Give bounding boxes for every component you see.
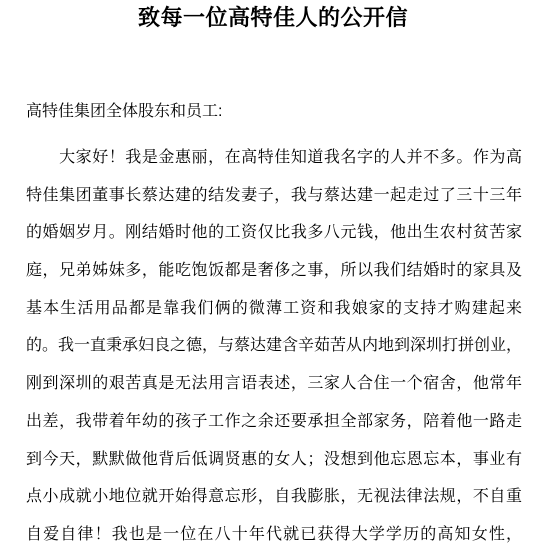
body-line: 基本生活用品都是靠我们俩的微薄工资和我娘家的支持才购建起来 xyxy=(26,290,522,328)
letter-salutation: 高特佳集团全体股东和员工: xyxy=(26,101,522,123)
body-line: 庭，兄弟姊妹多，能吃饱饭都是奢侈之事，所以我们结婚时的家具及 xyxy=(26,252,522,290)
body-line: 大家好！我是金惠丽，在高特佳知道我名字的人并不多。作为高 xyxy=(26,139,522,177)
letter-body-paragraph: 大家好！我是金惠丽，在高特佳知道我名字的人并不多。作为高特佳集团董事长蔡达建的结… xyxy=(26,139,522,551)
body-line: 自爱自律！我也是一位在八十年代就已获得大学学历的高知女性， xyxy=(26,516,522,551)
body-line: 特佳集团董事长蔡达建的结发妻子，我与蔡达建一起走过了三十三年 xyxy=(26,177,522,215)
letter-title: 致每一位高特佳人的公开信 xyxy=(0,0,546,36)
body-line: 刚到深圳的艰苦真是无法用言语表述，三家人合住一个宿舍，他常年 xyxy=(26,365,522,403)
letter-document-page: 致每一位高特佳人的公开信 高特佳集团全体股东和员工: 大家好！我是金惠丽，在高特… xyxy=(0,0,546,551)
body-line: 点小成就小地位就开始得意忘形，自我膨胀，无视法律法规，不自重 xyxy=(26,478,522,516)
body-line: 出差，我带着年幼的孩子工作之余还要承担全部家务，陪着他一路走 xyxy=(26,403,522,441)
body-line: 的。我一直秉承妇良之德，与蔡达建含辛茹苦从内地到深圳打拼创业， xyxy=(26,327,522,365)
body-line: 的婚姻岁月。刚结婚时他的工资仅比我多八元钱，他出生农村贫苦家 xyxy=(26,214,522,252)
body-line: 到今天，默默做他背后低调贤惠的女人；没想到他忘恩忘本，事业有 xyxy=(26,441,522,479)
